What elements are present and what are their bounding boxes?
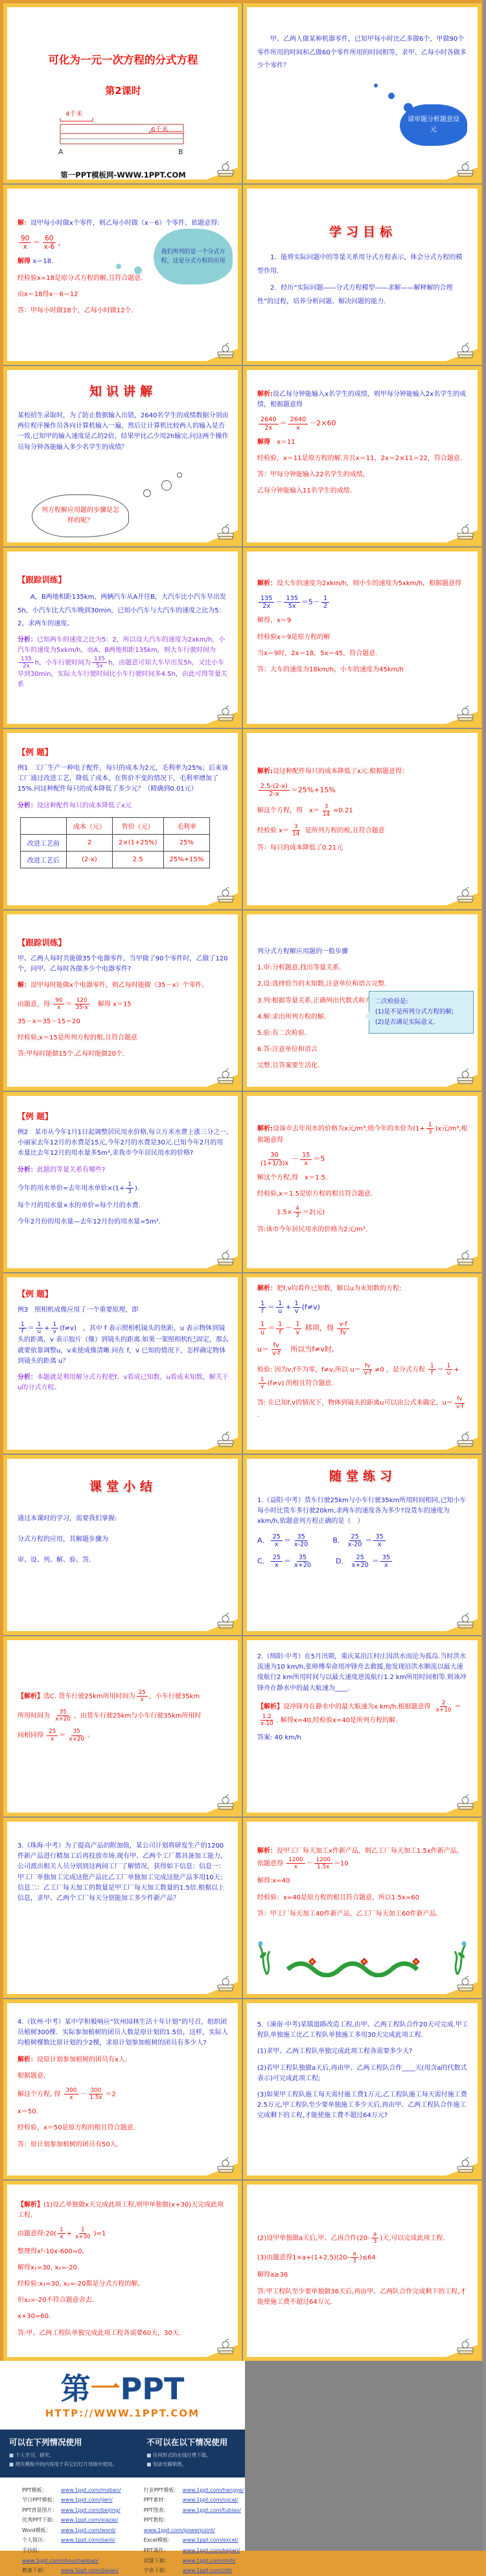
fraction-denominator: x bbox=[273, 1562, 281, 1569]
slide-text-line: 经检验x＝9是原方程的解 bbox=[257, 632, 469, 643]
fraction-denominator: x bbox=[294, 424, 302, 432]
fraction-denominator: u bbox=[259, 1329, 266, 1336]
fraction: 1200x bbox=[286, 1857, 305, 1870]
fraction-numerator: 35 bbox=[295, 1533, 307, 1541]
line-label: 【解析】 bbox=[17, 2201, 43, 2209]
slide-text-line: 解析：设大车的速度为2xkm/h，则小车的速度为5xkm/h，根据题意得 bbox=[257, 579, 469, 589]
fraction-numerator: 3 bbox=[292, 824, 300, 831]
slide-text-line: 答:甲每时能做15个,乙每时能做20个. bbox=[17, 1049, 229, 1060]
diagram-label-a: A bbox=[58, 148, 64, 156]
diagram-label-4km: 4千米 bbox=[65, 110, 82, 118]
footer-link-label: PPT课件： bbox=[144, 2546, 183, 2556]
footer-link[interactable]: www.1ppt.com/hangye/ bbox=[183, 2487, 244, 2493]
table-cell: 2×(1+25%) bbox=[113, 834, 164, 851]
apple-books-icon bbox=[455, 1067, 476, 1085]
cloud-trail-dot bbox=[177, 472, 182, 478]
apple-books-icon bbox=[455, 523, 476, 541]
diagram-label-b: B bbox=[178, 148, 183, 156]
slide-text-line: 1f＝1u+1v(f≠v) bbox=[257, 1300, 469, 1315]
fraction: 1v bbox=[51, 1321, 59, 1335]
slide-text-line: x＝50. bbox=[17, 2107, 229, 2117]
fraction: 13 bbox=[126, 1181, 133, 1195]
slide-text-line: 【解析】设冲锋舟在静水中的最大航速为x km/h,根据题意得 2x+10＝1.2… bbox=[257, 1700, 469, 1727]
table-row: 改进工艺前22×(1+25%)25% bbox=[21, 834, 210, 851]
fraction-numerator: 25 bbox=[271, 1554, 283, 1562]
fraction-numerator: 90 bbox=[19, 235, 31, 243]
cloud-trail-dot bbox=[143, 489, 151, 497]
fraction-denominator: v bbox=[294, 1329, 302, 1336]
fraction-denominator: u bbox=[445, 1370, 453, 1376]
table-cell: (2-x) bbox=[67, 851, 113, 868]
slide-text-line: 解这个方程, 得 300x－3001.5x＝2 bbox=[17, 2087, 229, 2101]
fraction: 43 bbox=[294, 1205, 301, 1219]
fraction: 1f bbox=[259, 1300, 266, 1315]
usage-allowed: 可以在下列情况使用 ■ 个人学习、研究。■ 拷贝模板中的内容用于其它幻灯片母版中… bbox=[9, 2436, 132, 2470]
footer-link-row: 行业PPT模板：www.1ppt.com/hangye/ bbox=[144, 2485, 245, 2496]
site-logo[interactable]: 第一PPT bbox=[0, 2374, 245, 2404]
fraction-numerator: a bbox=[371, 2231, 378, 2238]
fraction: 35x+20 bbox=[53, 1709, 73, 1723]
presentation-subtitle: 第2课时 bbox=[17, 84, 229, 97]
fraction: 26402x bbox=[259, 416, 279, 431]
fraction-denominator: (1+1/3)x bbox=[259, 1160, 290, 1167]
callout-item: (1)是不是所列分式方程的解; bbox=[375, 1007, 467, 1017]
slide-text-line: 由题意得:20(1x+1x+30)=1 bbox=[17, 2227, 229, 2240]
fraction: 1v bbox=[294, 1321, 301, 1336]
slide-text-line: 解：设甲每小时做x个零件，则乙每小时做（x－6）个零件，依题意得: bbox=[17, 218, 229, 229]
footer-link-row: 优秀PPT下载：www.1ppt.com/xiazai/ bbox=[22, 2515, 128, 2525]
slide-text-line: (1)求甲、乙两工程队单独完成此项工程各需要多少天? bbox=[257, 2047, 469, 2057]
fraction-denominator: x+20 bbox=[53, 1716, 73, 1723]
slide-text-line: 经检验:x₁=30, x₂=-20都是分式方程的解, bbox=[17, 2279, 229, 2290]
slide-text-line: 分式方程的应用，其解题步骤为 bbox=[17, 1535, 229, 1545]
slide-text-line: 解这个方程,得 x＝1.5. bbox=[257, 1173, 469, 1183]
slide-text-line: 经检验，x＝11是原方程的解.并且x＝11，2x＝2×11＝22，符合题意. bbox=[257, 454, 469, 464]
footer-link[interactable]: www.1ppt.com/word/ bbox=[61, 2527, 116, 2533]
footer-link-label: Excel模板： bbox=[144, 2535, 183, 2546]
usage-item: ■ 拷贝模板中的内容用于其它幻灯片母版中使用。 bbox=[9, 2460, 132, 2469]
line-label: 【解析】 bbox=[17, 1693, 43, 1700]
apple-books-icon bbox=[455, 1975, 476, 1993]
fraction-denominator: 2x bbox=[260, 603, 272, 610]
fraction-numerator: 1 bbox=[79, 2227, 87, 2234]
footer-link-label: 节日PPT模板： bbox=[22, 2495, 61, 2505]
fraction: 15x bbox=[300, 1152, 312, 1166]
fraction-numerator: 300 bbox=[89, 2087, 104, 2094]
footer-link-label: 手抄报： bbox=[22, 2546, 61, 2556]
footer-link[interactable]: www.1ppt.com/jianli/ bbox=[61, 2537, 115, 2543]
usage-allowed-items: ■ 个人学习、研究。■ 拷贝模板中的内容用于其它幻灯片母版中使用。 bbox=[9, 2451, 132, 2470]
line-label: 解得 bbox=[257, 439, 277, 446]
title-credit: 第一PPT模板网-WWW.1PPT.COM bbox=[17, 170, 229, 180]
slide-text-line: 答: 在已知f,v的情况下，物体到镜头的距离u可以由公式来确定，u＝fvv-f. bbox=[257, 1396, 469, 1420]
fraction-denominator: v bbox=[259, 1384, 266, 1390]
footer-link[interactable]: www.1ppt.com/shiti/ bbox=[183, 2558, 236, 2564]
floral-decoration bbox=[252, 1936, 472, 1977]
fraction: fvv-f bbox=[454, 1396, 465, 1410]
fraction: 1v bbox=[259, 1376, 266, 1390]
slide-10: 解析:设这种配件每只的成本降低了x元.根据题意得：2.5-(2-x)2-x＝25… bbox=[243, 729, 481, 909]
fraction-numerator: fv bbox=[272, 1342, 281, 1350]
slide-text-line: 经检验,x＝1.5是原方程的根且符合题意. bbox=[257, 1189, 469, 1200]
fraction-denominator: x+30 bbox=[73, 2234, 93, 2240]
footer-link-label: PPT图表： bbox=[144, 2505, 183, 2516]
footer-link-label: 个人简历： bbox=[22, 2535, 61, 2546]
slide-text-line: 答:甲工程队至少要单独做36天后,再由甲、乙两队合作完成剩下的工程,才能使施工费… bbox=[257, 2287, 469, 2308]
fraction-denominator: 2x bbox=[21, 663, 32, 669]
site-url[interactable]: HTTP://WWW.1PPT.COM bbox=[0, 2408, 245, 2419]
fraction-denominator: x-6 bbox=[41, 243, 56, 251]
footer-link[interactable]: www.1ppt.com/sucai/ bbox=[183, 2497, 238, 2503]
fraction: 30(1+1/3)x bbox=[259, 1152, 290, 1166]
fraction: a3 bbox=[351, 2251, 358, 2264]
slide-26: (2)设甲单独做a天后,甲、乙再合作(20-a3)天,可以完成此项工程.(3)由… bbox=[243, 2181, 481, 2361]
fraction-denominator: v-f bbox=[270, 1350, 282, 1357]
slide-text-line: 2.（绵阳·中考）在5月汛期，重庆某沿江村庄因洪水而沦为孤岛.当时洪水流速为10… bbox=[257, 1652, 469, 1694]
callout-title: 二次检验是: bbox=[375, 997, 467, 1007]
slide-title: 知识讲解 bbox=[17, 382, 229, 399]
slide-text-line: 答：每只的成本降低了0.21元 bbox=[257, 843, 469, 853]
fraction-denominator: x bbox=[49, 1736, 56, 1743]
fraction-numerator: 1 bbox=[259, 1300, 266, 1308]
fraction-numerator: 90 bbox=[53, 997, 64, 1004]
slide-text-line: 根据题意, bbox=[17, 2071, 229, 2082]
slide-text-line: 但x₂=-20不符合题意舍去. bbox=[17, 2295, 229, 2306]
slide-20: 2.（绵阳·中考）在5月汛期，重庆某沿江村庄因洪水而沦为孤岛.当时洪水流速为10… bbox=[243, 1636, 481, 1816]
slide-text-line: 分析：本题就是利用解分式方程把f、v看成已知数，u看成未知数，解关于u的分式方程… bbox=[17, 1373, 229, 1393]
cloud-trail-dot bbox=[134, 266, 142, 274]
slide-text-line: 某校招生录取时，为了防止数据输入出错，2640名学生的成绩数据分别由两位程序操作… bbox=[17, 411, 229, 453]
footer-link[interactable]: www.1ppt.com/beijing/ bbox=[61, 2507, 121, 2513]
fraction-denominator: 3 bbox=[126, 1189, 133, 1195]
line-label: 解析: bbox=[257, 391, 273, 398]
usage-item: ■ 刻录光碟销售。 bbox=[146, 2460, 236, 2469]
footer-link[interactable]: www.1ppt.com/xiazai/ bbox=[61, 2517, 118, 2523]
logo-text-di: 第 bbox=[61, 2371, 91, 2406]
slide-text-line: 由x＝18得x－6＝12 bbox=[17, 290, 229, 300]
apple-books-icon bbox=[215, 1430, 236, 1448]
fraction: 25x bbox=[271, 1554, 283, 1569]
fraction: 314 bbox=[321, 804, 332, 817]
fraction-numerator: 1 bbox=[428, 1363, 436, 1370]
apple-books-icon bbox=[215, 1249, 236, 1267]
fraction-numerator: 120 bbox=[75, 997, 89, 1004]
fraction-numerator: 3 bbox=[323, 804, 330, 811]
slide-text-line: A．25x＝35x-20 B．25x-20＝35x bbox=[257, 1533, 469, 1548]
apple-books-icon bbox=[455, 2338, 476, 2356]
slide-text-line: 今年的用水单价=去年用水单价×(1+13). bbox=[17, 1181, 229, 1195]
fraction-numerator: 35 bbox=[297, 1554, 308, 1562]
slide-text-line: 列分式方程解应用题的一般步骤 bbox=[257, 947, 469, 957]
fraction: 314 bbox=[290, 824, 301, 837]
fraction-denominator: x bbox=[292, 1864, 299, 1870]
slide-text-line: 分析：已知两车的速度之比为5：2，所以设大汽车的速度为2xkm/h，小汽车的速度… bbox=[17, 635, 229, 691]
section-header: 【跟踪训练】 bbox=[17, 574, 229, 585]
fraction: 1.2x-10 bbox=[259, 1713, 275, 1727]
usage-item: ■ 个人学习、研究。 bbox=[9, 2451, 132, 2460]
slide-4: 学习目标1．能将实际问题中的等量关系用分式方程表示，体会分式方程的模型作用.2．… bbox=[243, 185, 481, 365]
fraction-denominator: 1.5x bbox=[87, 2094, 104, 2101]
fraction: 1u bbox=[36, 1321, 43, 1335]
fraction: 2640x bbox=[288, 416, 308, 431]
fraction-numerator: 1.2 bbox=[260, 1713, 273, 1721]
fraction-denominator: x+20 bbox=[292, 1562, 313, 1569]
fraction-denominator: f bbox=[429, 1370, 435, 1376]
slide-text-line: 分析：设这种配件每只的成本降低了x元 bbox=[17, 801, 229, 811]
footer-link-label: PPT素材： bbox=[144, 2495, 183, 2505]
slide-text-line: 2．经历“实际问题——分式方程模型——求解——解释解的合理性”的过程，培养分析问… bbox=[257, 282, 469, 308]
usage-denied: 不可以在以下情况使用 ■ 任何形式的在线付费下载。■ 刻录光碟销售。 bbox=[146, 2436, 236, 2470]
slide-text-line: 检验: 因为v,f不为零，f≠v,所以 u＝fvv-f≠0 ，是分式方程 1f＝… bbox=[257, 1363, 469, 1390]
fraction-numerator: 1 bbox=[276, 1321, 284, 1329]
slide-text-line: 解析:设该市去年用水的价格为x元/m³,则今年的水价为(1+13)x元/m³,根… bbox=[257, 1122, 469, 1146]
footer-link-row: Word模板：www.1ppt.com/word/ bbox=[22, 2525, 128, 2536]
fraction: 25x bbox=[137, 1689, 148, 1703]
slide-text-line: 例2 某市从今年1月1日起调整居民用水价格,每立方米水费上涨三分之一,小丽家去年… bbox=[17, 1128, 229, 1159]
fraction: 2.5-(2-x)2-x bbox=[259, 783, 290, 798]
fraction-denominator: 3 bbox=[426, 1129, 434, 1135]
fraction-denominator: x+20 bbox=[350, 1562, 371, 1569]
fraction: a3 bbox=[371, 2231, 379, 2245]
slide-text-line: 解得x₁=30, x₂=-20. bbox=[17, 2263, 229, 2273]
fraction: 35x+20 bbox=[67, 1728, 86, 1742]
slide-text-line: 解这个方程，得 x＝314≈0.21 bbox=[257, 804, 469, 817]
slide-23: 4.（钦州·中考）某中学积极响应“钦州园林生活十年计划”的号召，组织团员植树30… bbox=[3, 1999, 242, 2179]
fraction-numerator: 135 bbox=[259, 595, 274, 603]
fraction-numerator: fv bbox=[455, 1396, 464, 1403]
apple-books-icon bbox=[455, 1430, 476, 1448]
footer-link-label: PPT模板： bbox=[22, 2485, 61, 2496]
slide-12: 列分式方程解应用题的一般步骤1.审:分析题意,找出等量关系.2.设:选择恰当的未… bbox=[243, 911, 481, 1091]
fraction: 35x+20 bbox=[292, 1554, 313, 1569]
fraction-numerator: 35 bbox=[57, 1709, 68, 1716]
fraction: 35x-20 bbox=[292, 1533, 310, 1548]
slide-5: 知识讲解某校招生录取时，为了防止数据输入出错，2640名学生的成绩数据分别由两位… bbox=[3, 366, 242, 546]
note-callout: 二次检验是:(1)是不是所列分式方程的解;(2)是否满足实际意义. bbox=[369, 991, 474, 1034]
slide-17: 课堂小结通过本课时的学习，需要我们掌握:分式方程的应用，其解题步骤为审、设、列、… bbox=[3, 1455, 242, 1635]
fraction-numerator: 1 bbox=[58, 2227, 65, 2234]
slide-text-line: C．25x＝35x+20 D．25x+20＝35x bbox=[257, 1554, 469, 1569]
slide-13: 【例 题】例2 某市从今年1月1日起调整居民用水价格,每立方米水费上涨三分之一,… bbox=[3, 1092, 242, 1272]
footer-link[interactable]: www.1ppt.com/ziti/ bbox=[183, 2568, 233, 2573]
fraction: 1u bbox=[276, 1300, 284, 1315]
slide-6: 解析:设乙每分钟能输入x名学生的成绩，则甲每分钟能输入2x名学生的成绩，根据题意… bbox=[243, 366, 481, 546]
footer-link-row: 个人简历：www.1ppt.com/jianli/ bbox=[22, 2535, 128, 2546]
line-label: 解析: bbox=[257, 1126, 273, 1133]
slide-7: 【跟踪训练】A，B两地相距135km，两辆汽车从A开往B，大汽车比小汽车早出发5… bbox=[3, 548, 242, 728]
footer-link[interactable]: www.1ppt.com/tubiao/ bbox=[183, 2507, 241, 2513]
fraction-denominator: f bbox=[277, 1329, 283, 1336]
fraction-denominator: x+10 bbox=[434, 1707, 454, 1713]
fraction-numerator: 1 bbox=[19, 1321, 27, 1329]
slide-text-line: A，B两地相距135km，两辆汽车从A开往B，大汽车比小汽车早出发5h，小汽车比… bbox=[17, 591, 229, 631]
apple-books-icon bbox=[455, 160, 476, 178]
table-cell: 2.5 bbox=[113, 851, 164, 868]
section-header: 【跟踪训练】 bbox=[17, 936, 229, 948]
footer-link-label: PPT背景图片： bbox=[22, 2505, 61, 2516]
fraction-denominator: 2x bbox=[262, 424, 274, 432]
cloud-text: 我们所列的是一个分式方程，这是分式方程的应用 bbox=[160, 248, 226, 266]
slide-text-line: 解得，x＝9 bbox=[257, 616, 469, 626]
fraction-numerator: 25 bbox=[271, 1533, 283, 1541]
fraction-denominator: v bbox=[51, 1329, 58, 1335]
slide-text-line: 经检验，x＝50是原方程的根且符合题意. bbox=[17, 2123, 229, 2133]
footer-link-row: 试题下载：www.1ppt.com/shiti/ bbox=[144, 2556, 245, 2566]
fraction-numerator: 2.5-(2-x) bbox=[259, 783, 290, 791]
slide-text-line: 例1 工厂生产一种电子配件，每只的成本为2元，毛利率为25%；后来该工厂通过改进… bbox=[17, 763, 229, 795]
footer-link-label: Word模板： bbox=[22, 2525, 61, 2536]
fraction: fvv-f bbox=[270, 1342, 282, 1357]
slide-title: 随堂练习 bbox=[257, 1467, 469, 1484]
apple-books-icon bbox=[215, 704, 236, 723]
slide-text-line: 1352x－1355x＝5－12 bbox=[257, 595, 469, 610]
fraction-numerator: 135 bbox=[92, 656, 107, 663]
slide-text-line: 4.（钦州·中考）某中学积极响应“钦州园林生活十年计划”的号召，组织团员植树30… bbox=[17, 2017, 229, 2049]
footer-link[interactable]: www.1ppt.com/kejian/ bbox=[183, 2547, 240, 2553]
fraction: 12 bbox=[321, 595, 329, 610]
slide-text-line: 经检验,x＝15是所列方程的根,且符合题意 bbox=[17, 1033, 229, 1043]
slide-text-line: 答：原计划参加植树的团员有50人. bbox=[17, 2140, 229, 2150]
slide-text-line: u＝fvv-f 所以当f≠v时, bbox=[257, 1342, 469, 1357]
fraction-denominator: 3 bbox=[371, 2238, 379, 2245]
footer-link-label: 教案下载： bbox=[22, 2566, 61, 2576]
apple-books-icon bbox=[455, 1612, 476, 1630]
fraction-denominator: v bbox=[293, 1308, 301, 1315]
line-label: 解析： bbox=[17, 2056, 37, 2063]
slide-text-line: 完整.且答案要生活化. bbox=[257, 1061, 469, 1071]
fraction-denominator: x bbox=[376, 1541, 384, 1548]
fraction: 1x bbox=[58, 2227, 65, 2240]
table-header-cell: 毛利率 bbox=[163, 817, 210, 834]
fraction: 13 bbox=[426, 1122, 434, 1135]
slide-21: 3.（珠海·中考）为了提高产品的附加值，某公司计划将研发生产的1200件新产品进… bbox=[3, 1818, 242, 1998]
fraction-numerator: 1 bbox=[51, 1321, 59, 1329]
slide-1: 可化为一元一次方程的分式方程第2课时4千米6千米AB第一PPT模板网-WWW.1… bbox=[3, 3, 242, 183]
fraction-denominator: 1.5x bbox=[315, 1864, 331, 1870]
fraction-denominator: u bbox=[276, 1308, 284, 1315]
slide-text-line: (3)如果甲工程队施工每天需付施工费1万元,乙工程队施工每天需付施工费2.5万元… bbox=[257, 2090, 469, 2122]
data-table: 成本（元）售价（元）毛利率改进工艺前22×(1+25%)25%改进工艺后(2-x… bbox=[20, 817, 210, 868]
fraction-numerator: 1 bbox=[294, 1321, 301, 1329]
cloud-trail-dot bbox=[374, 84, 378, 87]
line-label: 解析： bbox=[257, 580, 277, 587]
fraction: 1355x bbox=[284, 595, 299, 610]
fraction-numerator: v-f bbox=[337, 1321, 349, 1329]
fraction-numerator: 1 bbox=[426, 1122, 434, 1129]
table-header-row: 成本（元）售价（元）毛利率 bbox=[21, 817, 210, 834]
cloud-trail-dot bbox=[388, 93, 395, 99]
cloud-text: 列方程解应用题的步骤是怎样的呢？ bbox=[39, 505, 122, 526]
fraction-numerator: 300 bbox=[64, 2087, 79, 2094]
fraction-numerator: 1 bbox=[276, 1300, 284, 1308]
fraction-denominator: x-20 bbox=[292, 1541, 310, 1548]
apple-books-icon bbox=[455, 342, 476, 360]
footer-link[interactable]: www.1ppt.com/excel/ bbox=[183, 2537, 238, 2543]
logo-dash: 一 bbox=[91, 2371, 121, 2406]
cloud-text: 请审题分析题意设元 bbox=[406, 115, 461, 135]
slide-text-line: 经检验 x＝314 是所列方程的根,且符合题意 bbox=[257, 824, 469, 837]
fraction-numerator: 1200 bbox=[286, 1857, 305, 1864]
footer-link[interactable]: www.1ppt.com/jiaoan/ bbox=[61, 2568, 119, 2573]
slide-text-line: 解析：把f,v均看作已知数，解以u为未知数的方程: bbox=[257, 1284, 469, 1294]
table-header-cell bbox=[21, 817, 67, 834]
fraction-numerator: 1 bbox=[293, 1300, 301, 1308]
fraction-denominator: v-f bbox=[362, 1370, 373, 1376]
slide-text-line: 2.5-(2-x)2-x＝25%+15% bbox=[257, 783, 469, 798]
footer-link-row: 字体下载：www.1ppt.com/ziti/ bbox=[144, 2566, 245, 2576]
apple-books-icon bbox=[215, 1067, 236, 1085]
usage-band: 可以在下列情况使用 ■ 个人学习、研究。■ 拷贝模板中的内容用于其它幻灯片母版中… bbox=[0, 2430, 245, 2477]
line-label: 分析： bbox=[17, 636, 37, 644]
table-row: 改进工艺后(2-x)2.525%+15% bbox=[21, 851, 210, 868]
footer-link[interactable]: www.1ppt.com/moban/ bbox=[61, 2487, 121, 2493]
fraction-numerator: 1 bbox=[126, 1181, 133, 1189]
fraction: 300x bbox=[64, 2087, 79, 2101]
footer-gray-area bbox=[245, 2361, 486, 2551]
apple-books-icon bbox=[215, 1975, 236, 1993]
footer-link[interactable]: www.1ppt.com/jieri/ bbox=[61, 2497, 113, 2503]
slide-text-line: 通过本课时的学习，需要我们掌握: bbox=[17, 1514, 229, 1524]
footer-link-row: PPT教程：www.1ppt.com/powerpoint/ bbox=[144, 2515, 245, 2535]
slide-text-line: 解得 x＝11 bbox=[257, 437, 469, 448]
slide-text-line: 6.答:注意单位和语言 bbox=[257, 1045, 469, 1055]
section-header: 【例 题】 bbox=[17, 1110, 229, 1122]
line-label: 【解析】 bbox=[257, 1703, 283, 1710]
fraction-denominator: 2 bbox=[321, 603, 329, 610]
apple-books-icon bbox=[215, 160, 236, 178]
fraction-numerator: 1 bbox=[321, 595, 329, 603]
slide-2: 甲、乙两人做某种机器零件，已知甲每小时比乙多做6个，甲做90个零件所用的时间和乙… bbox=[243, 3, 481, 183]
title-diagram: 4千米6千米AB bbox=[17, 109, 229, 159]
footer-link[interactable]: www.1ppt.com/powerpoint/ bbox=[144, 2527, 215, 2533]
line-label: 解析： bbox=[257, 1285, 277, 1292]
fraction-numerator: fv bbox=[363, 1363, 372, 1370]
apple-books-icon bbox=[215, 342, 236, 360]
footer-panel: 第一PPT HTTP://WWW.1PPT.COM 可以在下列情况使用 ■ 个人… bbox=[0, 2361, 245, 2551]
slide-text-line: 解析：设甲工厂每天加工x件新产品，则乙工厂每天加工1.5x件新产品，依题意得 1… bbox=[257, 1846, 469, 1870]
fraction-numerator: 25 bbox=[47, 1728, 58, 1735]
slide-14: 解析:设该市去年用水的价格为x元/m³,则今年的水价为(1+13)x元/m³,根… bbox=[243, 1092, 481, 1272]
fraction: 90x bbox=[19, 235, 31, 251]
fraction: 35x bbox=[373, 1533, 385, 1548]
footer-links-right: 行业PPT模板：www.1ppt.com/hangye/PPT素材：www.1p… bbox=[144, 2485, 245, 2576]
fraction-numerator: 35 bbox=[373, 1533, 385, 1541]
footer-link-row: PPT课件：www.1ppt.com/kejian/ bbox=[144, 2546, 245, 2556]
fraction-denominator: x bbox=[21, 243, 29, 251]
fraction: 1f bbox=[428, 1363, 436, 1376]
fraction-numerator: 2640 bbox=[288, 416, 308, 424]
footer-link[interactable]: www.1ppt.com/shouchaobao/ bbox=[22, 2558, 98, 2564]
table-cell: 改进工艺后 bbox=[21, 851, 67, 868]
footer-link-label: 试题下载： bbox=[144, 2556, 183, 2566]
usage-denied-title: 不可以在以下情况使用 bbox=[146, 2436, 236, 2448]
slide-text-line: 1f＝1u+1v(f≠v) ，其中 f 表示照相机镜头的焦距，u 表示物体到镜头… bbox=[17, 1321, 229, 1367]
footer: 第一PPT HTTP://WWW.1PPT.COM 可以在下列情况使用 ■ 个人… bbox=[0, 2361, 486, 2551]
slide-text-line: 1.5×43＝2(元) bbox=[257, 1205, 469, 1219]
window-edge-strip bbox=[483, 0, 486, 2551]
table-cell: 改进工艺前 bbox=[21, 834, 67, 851]
speech-cloud: 列方程解应用题的步骤是怎样的呢？ bbox=[32, 494, 129, 537]
footer-link-label: 字体下载： bbox=[144, 2566, 183, 2576]
fraction-denominator: x bbox=[302, 1160, 310, 1167]
apple-books-icon bbox=[215, 886, 236, 904]
apple-books-icon bbox=[215, 2156, 236, 2174]
fraction-denominator: x bbox=[55, 1004, 62, 1011]
fraction-numerator: 35 bbox=[71, 1728, 82, 1735]
fraction: 12035-x bbox=[73, 997, 90, 1011]
fraction: 1355x bbox=[92, 656, 107, 669]
slide-text-line: 5.（潼南·中考)某镇道路改造工程,由甲、乙两工程队合作20天可完成.甲工程队单… bbox=[257, 2020, 469, 2041]
